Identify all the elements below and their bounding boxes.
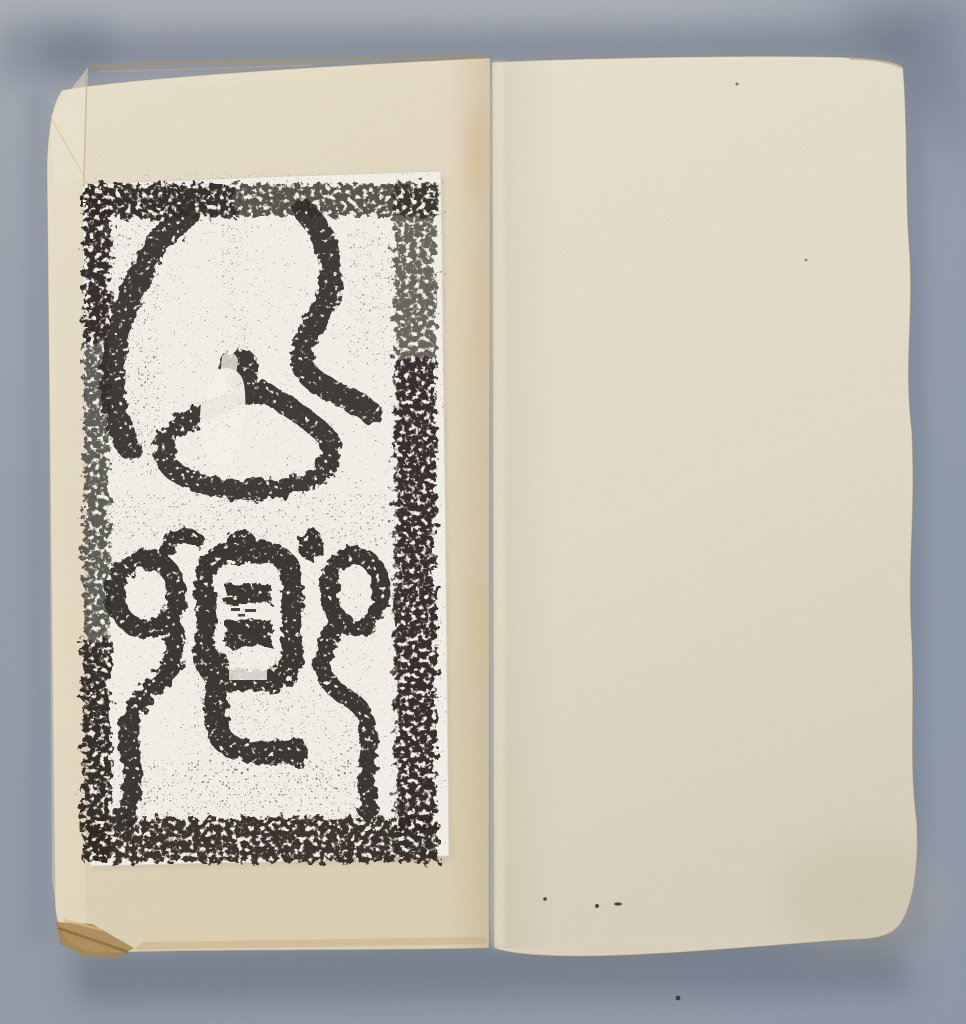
photo-of-rubbing-album bbox=[0, 0, 966, 1024]
photo-grain-overlay bbox=[0, 0, 966, 1024]
